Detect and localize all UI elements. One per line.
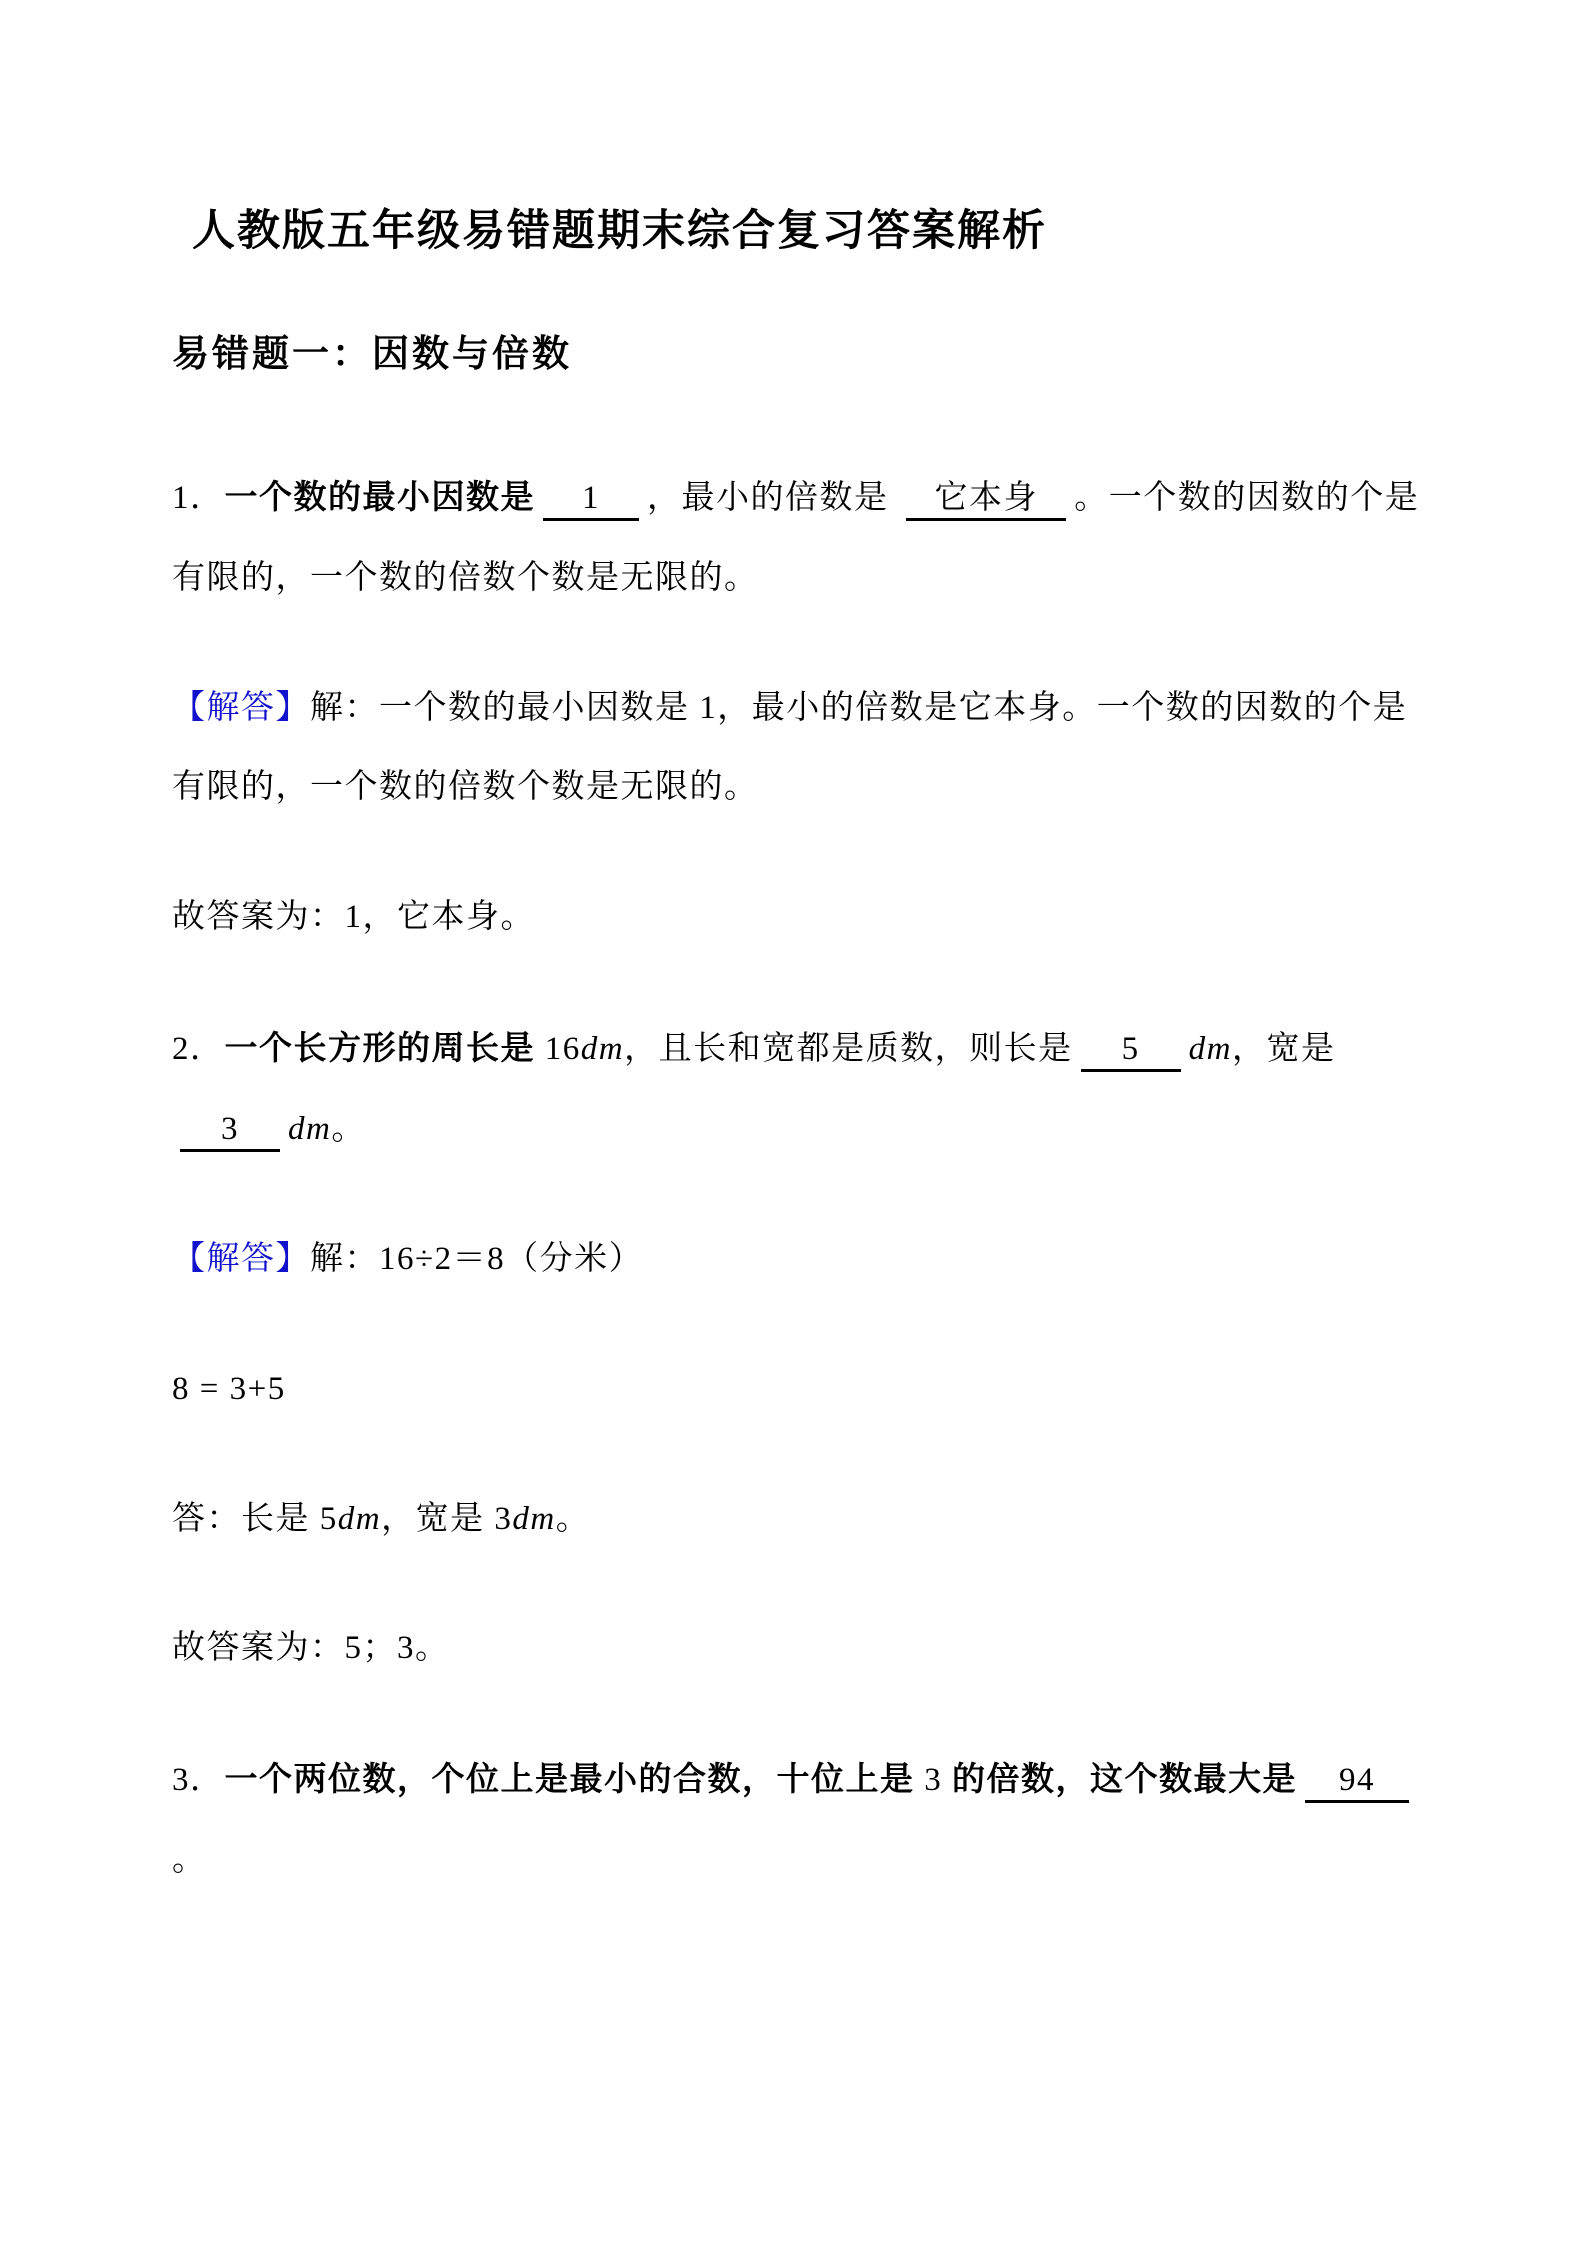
text-run: dm [288,1111,331,1147]
answer-blank: 1 [543,479,639,521]
text-run: 答：长是 5 [172,1501,338,1537]
text-run: dm [338,1501,381,1537]
text-run: 2． [172,1031,225,1067]
text-run: 一个两位数，个位上是最小的合数，十位上是 [225,1760,915,1797]
text-run: 8 = 3+5 [172,1371,286,1407]
conclusion-1: 故答案为：1，它本身。 [172,878,1427,958]
text-run: 的倍数，这个数最大是 [952,1760,1297,1797]
text-run: 故答案为：1，它本身。 [172,899,535,935]
answer-blank: 94 [1305,1761,1409,1803]
answer-1: 【解答】解：一个数的最小因数是 1，最小的倍数是它本身。一个数的因数的个是有限的… [172,669,1427,829]
document-page: 人教版五年级易错题期末综合复习答案解析 易错题一：因数与倍数 1．一个数的最小因… [0,0,1587,2245]
text-run: 3． [172,1762,225,1798]
text-run: ，最小的倍数是 [647,480,898,516]
answer-blank: 5 [1081,1030,1181,1072]
document-title: 人教版五年级易错题期末综合复习答案解析 [192,205,1427,259]
text-run: 3 [915,1762,953,1798]
text-run: dm [581,1031,624,1067]
text-run: 解：一个数的最小因数是 1，最小的倍数是它本身。一个数的因数的个是有限的，一个数… [172,690,1407,806]
text-run: 故答案为：5；3。 [172,1630,450,1666]
text-run: 一个数的最小因数是 [225,478,536,515]
text-run: 。 [172,1842,207,1878]
text-run: 。 [331,1111,366,1147]
text-run: 16 [535,1031,581,1067]
answer-2: 【解答】解：16÷2＝8（分米） [172,1220,1427,1300]
text-run: ，宽是 [1232,1031,1336,1067]
equation-2: 8 = 3+5 [172,1350,1427,1430]
text-run: 解：16÷2＝8（分米） [310,1241,643,1277]
question-2: 2．一个长方形的周长是 16dm，且长和宽都是质数，则长是5dm，宽是3dm。 [172,1008,1427,1170]
conclusion-2: 故答案为：5；3。 [172,1609,1427,1689]
text-run: dm [1189,1031,1232,1067]
section-heading: 易错题一：因数与倍数 [172,331,1427,379]
answer-statement-2: 答：长是 5dm，宽是 3dm。 [172,1480,1427,1560]
answer-blank: 它本身 [906,479,1066,521]
answer-blank: 3 [180,1110,280,1152]
text-run: 一个长方形的周长是 [225,1029,536,1066]
answer-label: 【解答】 [172,690,310,726]
text-run: ，宽是 3 [381,1501,512,1537]
text-run: dm [512,1501,555,1537]
text-run: ，且长和宽都是质数，则长是 [624,1031,1073,1067]
question-3: 3．一个两位数，个位上是最小的合数，十位上是 3 的倍数，这个数最大是94。 [172,1739,1427,1901]
text-run: 。 [556,1501,591,1537]
answer-label: 【解答】 [172,1241,310,1277]
text-run: 1． [172,480,225,516]
question-1: 1．一个数的最小因数是1，最小的倍数是 它本身。一个数的因数的个是有限的，一个数… [172,457,1427,619]
document-body: 1．一个数的最小因数是1，最小的倍数是 它本身。一个数的因数的个是有限的，一个数… [172,457,1427,1901]
